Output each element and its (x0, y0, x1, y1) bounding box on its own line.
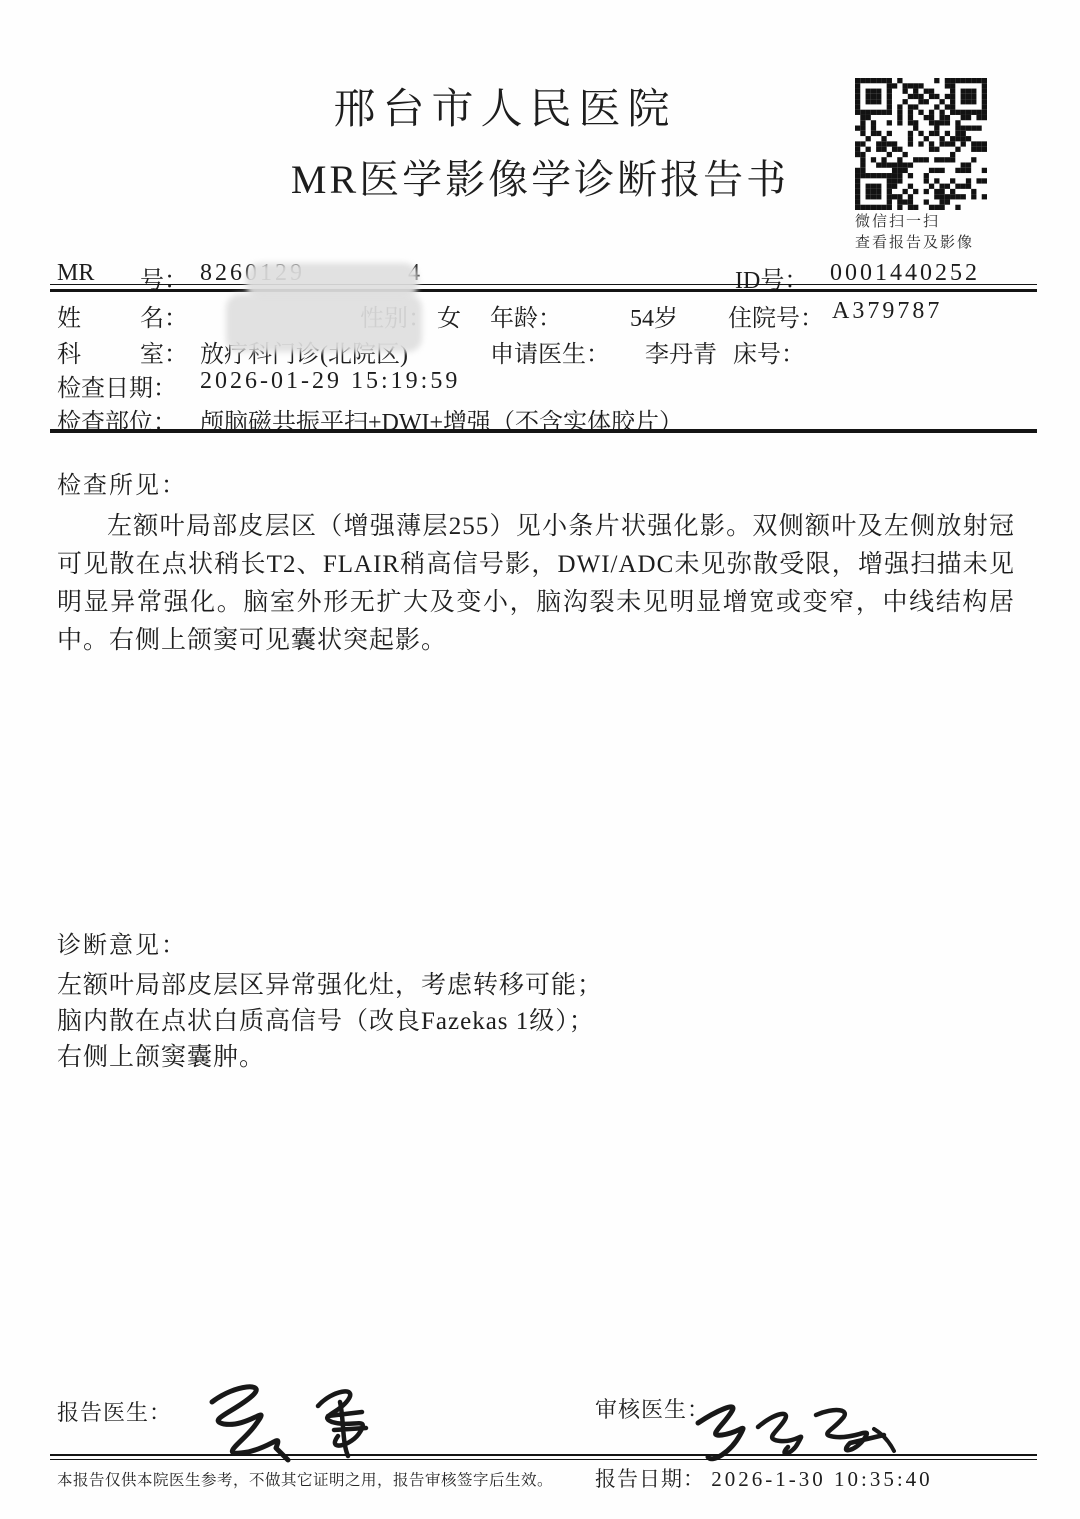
redaction-patch-name (226, 294, 422, 352)
diagnosis-line: 左额叶局部皮层区异常强化灶，考虑转移可能； (57, 965, 603, 1001)
age-label: 年龄： (490, 298, 562, 333)
findings-heading: 检查所见： (57, 465, 187, 500)
gender-value: 女 (437, 298, 461, 333)
diagnosis-heading: 诊断意见： (57, 925, 187, 960)
admission-number-value: A379787 (832, 298, 942, 325)
footer-separator-line (50, 1454, 1037, 1456)
exam-date-value: 2026-01-29 15:19:59 (200, 368, 460, 395)
admission-number-label: 住院号： (728, 298, 824, 333)
mr-number-label: MR (57, 260, 94, 287)
requesting-physician-value: 李丹青 (645, 334, 717, 369)
qr-code (855, 78, 987, 210)
separator-line (50, 284, 1037, 285)
separator-line (50, 289, 1037, 292)
name-label: 姓 (57, 298, 81, 333)
exam-part-row: 检查部位： 颅脑磁共振平扫+DWI+增强（不含实体胶片） (0, 402, 1080, 430)
age-value: 54岁 (630, 298, 678, 333)
qr-caption-line1: 微信扫一扫 (855, 210, 940, 231)
department-row: 科 室： 放疗科门诊(北院区) 申请医生： 李丹青 床号： (0, 334, 1080, 362)
name-label-colon: 名： (140, 298, 188, 333)
report-doctor-label: 报告医生： (57, 1396, 172, 1427)
qr-caption-line2: 查看报告及影像 (855, 231, 974, 252)
bed-number-label: 床号： (733, 334, 805, 369)
requesting-physician-label: 申请医生： (490, 334, 610, 369)
diagnosis-line: 脑内散在点状白质高信号（改良Fazekas 1级）； (57, 1001, 595, 1037)
report-date: 报告日期： 2026-1-30 10:35:40 (595, 1463, 933, 1493)
separator-line (50, 429, 1037, 433)
id-number-value: 0001440252 (830, 260, 980, 287)
department-label: 科 (57, 334, 81, 369)
exam-date-row: 检查日期： 2026-01-29 15:19:59 (0, 368, 1080, 396)
department-label-colon: 室： (140, 334, 188, 369)
report-date-label: 报告日期： (595, 1467, 705, 1491)
findings-body: 左额叶局部皮层区（增强薄层255）见小条片状强化影。双侧额叶及左侧放射冠可见散在… (57, 508, 1015, 660)
diagnosis-line: 右侧上颌窦囊肿。 (57, 1037, 265, 1073)
review-doctor-signature (688, 1385, 908, 1470)
exam-date-label: 检查日期： (57, 368, 177, 403)
report-doctor-signature (190, 1372, 400, 1472)
footer-separator-line (50, 1459, 1037, 1460)
name-row: 姓 名： 性别： 女 年龄： 54岁 住院号： A379787 (0, 298, 1080, 326)
report-date-value: 2026-1-30 10:35:40 (711, 1467, 932, 1491)
report-page: 邢台市人民医院 MR医学影像学诊断报告书 微信扫一扫 查看报告及影像 MR 号：… (0, 0, 1080, 1519)
disclaimer-text: 本报告仅供本院医生参考，不做其它证明之用，报告审核签字后生效。 (57, 1468, 553, 1490)
